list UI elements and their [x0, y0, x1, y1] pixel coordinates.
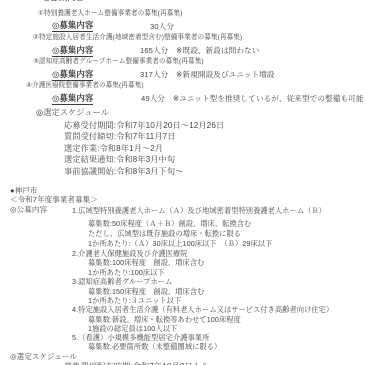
- kobo-item-title-1: 1.広域型特別養護老人ホーム（Ａ）及び地域密着型特別養護老人ホーム（Ｂ）: [72, 207, 326, 215]
- kobo-item-title-2: 2.介護老人保健施設及び介護医療院: [72, 250, 188, 258]
- schedule-heading: ◎選定スケジュール: [36, 108, 109, 117]
- kobo-item-detail: ただし、広域型は既存施設の増床・転換に限る: [88, 230, 241, 238]
- kobo-item-detail: 募集数:50床程度（Ａ＋Ｂ）創設、増床、転換含む: [88, 220, 251, 228]
- clipped-bottom-line: 募集要項配布時期:令和7年10月8日から: [64, 362, 209, 365]
- recruitment-title-4: ④介護医療院整備事業者の募集(再募集): [26, 82, 144, 90]
- kobo-item-detail: 募集数:新設、増床・転換等あわせて100床程度: [88, 316, 241, 324]
- kobo-item-detail: 募集数:必要箇所数（未整備圏域に限る）: [88, 343, 221, 351]
- kobo-item-detail: 1か所あたり:100床以下: [88, 269, 165, 277]
- schedule-line-selection: 選定作業:令和8年1月～2月: [64, 144, 163, 153]
- clipped-top-line: ◎募集内容: [43, 0, 84, 3]
- recruitment-label-1: ◎募集内容: [52, 21, 93, 32]
- recruitment-label-3: ◎募集内容: [52, 70, 93, 81]
- schedule-line-result: 選定結果通知:令和8年3月中旬: [64, 155, 175, 164]
- kobo-item-title-3: 3.認知症高齢者グループホーム: [72, 278, 172, 286]
- schedule-line-consult: 事前協議開始:令和8年3月下旬～: [64, 167, 183, 176]
- schedule-line-questions: 質問受付締切:令和7年11月7日: [64, 132, 176, 141]
- recruitment-value-2: 165人分 ※既設、新設は問わない: [140, 47, 259, 56]
- kobo-item-title-4: 4.特定施設入居者生活介護（有料老人ホーム又はサービス付き高齢者向け住宅）: [72, 306, 333, 314]
- recruitment-title-1: ①特別養護老人ホーム整備事業者の募集(再募集): [38, 10, 182, 18]
- recruitment-value-1: 30人分: [150, 23, 174, 32]
- recruitment-label-2: ◎募集内容: [52, 46, 93, 57]
- recruitment-value-3: 317人分 ※新規開設及びユニット増設: [140, 71, 275, 80]
- recruitment-value-4: 49人分 ※ユニット型を推奨しているが、従来型での整備も可能: [141, 95, 364, 104]
- kobo-item-detail: 1施設の総定員は100人以下: [88, 325, 177, 333]
- city-heading: ●神戸市: [10, 187, 37, 196]
- recruitment-label-4: ◎募集内容: [52, 94, 93, 105]
- kobo-item-title-5: 5.（看護）小規模多機能型居宅介護事業所: [72, 334, 209, 342]
- recruitment-title-3: ③認知症高齢者グループホーム整備事業者の募集(再募集): [33, 58, 204, 66]
- koubo-label: ◎公募内容: [10, 206, 47, 215]
- kobo-item-detail: 募集数:100床程度 創設、増床含む: [88, 259, 204, 267]
- kobo-item-detail: 1か所あたり:（Ａ）30床以上100床以下 （Ｂ）29床以下: [88, 240, 272, 248]
- year-subtitle: ＜令和7年度事業者募集＞: [10, 196, 98, 205]
- recruitment-title-2: ②特定施設入居者生活介護(地域密着型含む)整備事業者の募集(再募集): [33, 34, 242, 42]
- schedule-line-application: 応募受付期間:令和7年10月20日～12月26日: [64, 121, 224, 130]
- kobe-schedule-heading: ◎選定スケジュール: [10, 353, 77, 362]
- kobo-item-detail: 募集数:150床程度 創設、増床含む: [88, 288, 204, 296]
- document-page: ◎募集内容 ①特別養護老人ホーム整備事業者の募集(再募集) ◎募集内容 30人分…: [0, 0, 365, 365]
